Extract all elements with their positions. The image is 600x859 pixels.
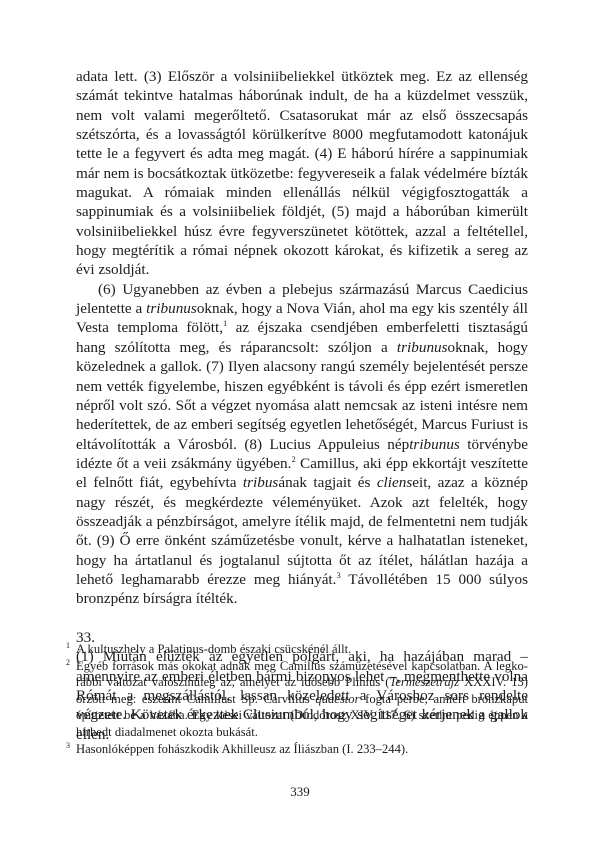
paragraph-2: (6) Ugyanebben az évben a plebejus szárm… xyxy=(76,280,528,609)
footnote-1: 1 A kultuszhely a Palatinus-domb északi … xyxy=(76,641,528,658)
italic-term: quaestor xyxy=(315,692,359,706)
footnote-reference: 2 xyxy=(291,454,295,464)
italic-term: tribunus xyxy=(397,339,448,356)
italic-term: cliens xyxy=(377,474,412,491)
italic-term: tribus xyxy=(243,474,278,491)
footnotes: 1 A kultuszhely a Palatinus-domb északi … xyxy=(76,641,528,757)
footnote-marker: 3 xyxy=(66,738,70,755)
footnote-marker: 2 xyxy=(66,655,70,672)
footnote-3: 3 Hasonlóképpen fohászkodik Akhilleusz a… xyxy=(76,741,528,758)
footnote-reference: 1 xyxy=(223,318,227,328)
footnote-text: Hasonlóképpen fohászkodik Akhilleusz az … xyxy=(76,742,408,756)
footnote-reference: 3 xyxy=(336,570,340,580)
footnote-text: A kultuszhely a Palatinus-domb északi cs… xyxy=(76,642,351,656)
italic-term: Természetrajz xyxy=(390,675,460,689)
book-page: adata lett. (3) Először a volsiniibeliek… xyxy=(0,0,600,859)
page-number: 339 xyxy=(0,784,600,800)
footnote-marker: 1 xyxy=(66,638,70,655)
paragraph-1: adata lett. (3) Először a volsiniibeliek… xyxy=(76,67,528,280)
italic-term: tribunus xyxy=(409,436,460,453)
italic-term: tribunus xyxy=(146,300,197,317)
footnote-text: Egyéb források más okokat adnak meg Cami… xyxy=(76,659,528,739)
footnote-2: 2 Egyéb források más okokat adnak meg Ca… xyxy=(76,658,528,741)
